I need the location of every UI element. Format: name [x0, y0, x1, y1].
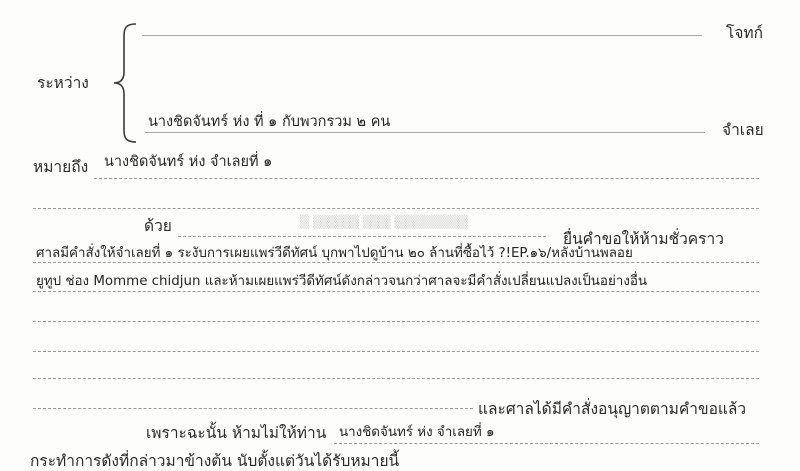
closing-text: กระทำการดังที่กล่าวมาข้างต้น นับตั้งแต่ว… [30, 448, 399, 471]
request-line-1-rule [33, 262, 759, 263]
request-line-5-rule [33, 378, 759, 379]
granted-text: และศาลได้มีคำสั่งอนุญาตตามคำขอแล้ว [478, 396, 746, 421]
request-line-2[interactable]: ยูทูป ช่อง Momme chidjun และห้ามเผยแพร่ว… [36, 270, 647, 291]
between-label: ระหว่าง [37, 70, 89, 95]
request-line-1[interactable]: ศาลมีคำสั่งให้จำเลยที่ ๑ ระงับการเผยแพร่… [36, 242, 633, 263]
plaintiff-field-line [142, 35, 702, 36]
addressee-field-line [94, 178, 759, 179]
plaintiff-label: โจทก์ [726, 20, 763, 45]
request-line-3-rule [33, 321, 759, 322]
faded-print-text: ▒ ▒▒▒▒▒ ▒▒▒ ▒▒▒▒▒▒▒▒ [300, 215, 468, 229]
addressee-label: หมายถึง [33, 154, 88, 179]
by-label: ด้วย [144, 213, 172, 238]
curly-brace-icon [112, 22, 140, 144]
request-line-4-rule [33, 351, 759, 352]
blank-line-1 [33, 208, 759, 209]
defendant-field[interactable]: นางชิดจันทร์ ห่ง ที่ ๑ กับพวกรวม ๒ คน [148, 110, 390, 133]
prohibit-label: เพราะฉะนั้น ห้ามไม่ให้ท่าน [146, 420, 326, 445]
prohibit-field[interactable]: นางชิดจันทร์ ห่ง จำเลยที่ ๑ [339, 421, 494, 442]
by-field-line [178, 236, 546, 237]
request-line-2-rule [33, 291, 759, 292]
defendant-label: จำเลย [722, 117, 764, 142]
defendant-field-line [145, 132, 705, 133]
addressee-field[interactable]: นางชิดจันทร์ ห่ง จำเลยที่ ๑ [104, 150, 272, 173]
granted-line-rule [33, 408, 473, 409]
prohibit-field-line [334, 443, 759, 444]
